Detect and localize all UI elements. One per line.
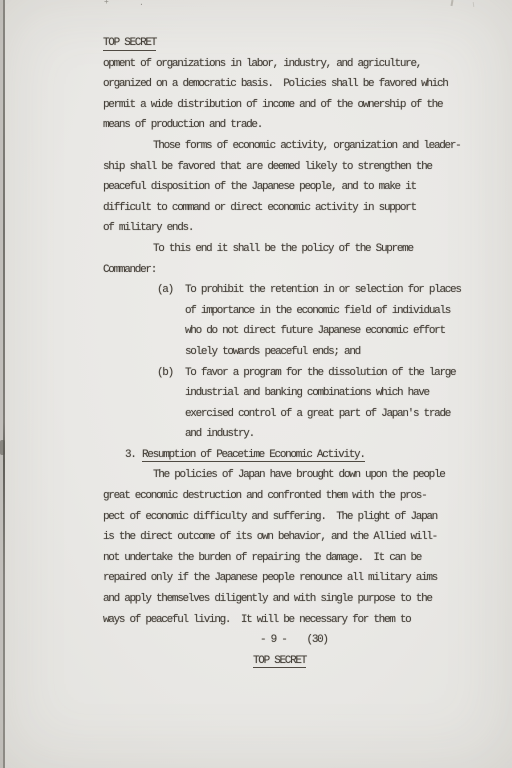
smudge-mark: [450, 0, 453, 6]
classification-header-text: TOP SECRET: [103, 37, 156, 51]
smudge-mark: [473, 2, 475, 7]
document-line: of importance in the economic field of i…: [103, 301, 475, 322]
list-marker-a: (a): [157, 280, 185, 301]
section-number: 3.: [125, 445, 142, 466]
section-heading: 3.Resumption of Peacetime Economic Activ…: [103, 445, 475, 466]
footer-page-line: - 9 -(30): [103, 630, 475, 651]
document-line: pect of economic difficulty and sufferin…: [103, 507, 475, 528]
document-line: difficult to command or direct economic …: [103, 198, 475, 219]
list-item-a: (a)To prohibit the retention in or selec…: [103, 280, 475, 301]
document-line: ways of peaceful living. It will be nece…: [103, 610, 475, 631]
document-line: opment of organizations in labor, indust…: [103, 54, 475, 75]
document-line: Those forms of economic activity, organi…: [103, 136, 475, 157]
document-line: solely towards peaceful ends; and: [103, 342, 475, 363]
document-line: repaired only if the Japanese people ren…: [103, 568, 475, 589]
document-line: peaceful disposition of the Japanese peo…: [103, 177, 475, 198]
document-line: of military ends.: [103, 218, 475, 239]
classification-footer-text: TOP SECRET: [253, 655, 306, 669]
pencil-mark: .: [139, 0, 144, 8]
document-line: means of production and trade.: [103, 115, 475, 136]
document-text: TOP SECRET opment of organizations in la…: [103, 33, 475, 671]
document-line: industrial and banking combinations whic…: [103, 383, 475, 404]
document-line: is the direct outcome of its own behavio…: [103, 527, 475, 548]
list-item-b: (b)To favor a program for the dissolutio…: [103, 363, 475, 384]
scan-edge-dark: [3, 0, 5, 768]
document-line: and industry.: [103, 424, 475, 445]
document-line: ship shall be favored that are deemed li…: [103, 157, 475, 178]
list-item-text: To favor a program for the dissolution o…: [185, 367, 455, 379]
document-line: Commander:: [103, 260, 475, 281]
list-item-text: To prohibit the retention in or selectio…: [185, 284, 461, 296]
document-line: organized on a democratic basis. Policie…: [103, 74, 475, 95]
section-title: Resumption of Peacetime Economic Activit…: [142, 449, 365, 463]
scanned-document-page: + . TOP SECRET opment of organizations i…: [0, 0, 512, 768]
document-line: exercised control of a great part of Jap…: [103, 404, 475, 425]
list-marker-b: (b): [157, 363, 185, 384]
document-line: and apply themselves diligently and with…: [103, 589, 475, 610]
page-number: - 9 -: [260, 634, 287, 646]
pencil-mark: +: [104, 0, 109, 7]
document-line: To this end it shall be the policy of th…: [103, 239, 475, 260]
document-line: not undertake the burden of repairing th…: [103, 548, 475, 569]
scan-edge-smudge: [0, 440, 5, 455]
classification-header: TOP SECRET: [103, 33, 475, 54]
classification-footer: TOP SECRET: [103, 651, 475, 672]
document-line: great economic destruction and confronte…: [103, 486, 475, 507]
document-line: The policies of Japan have brought down …: [103, 465, 475, 486]
document-line: permit a wide distribution of income and…: [103, 95, 475, 116]
document-line: who do not direct future Japanese econom…: [103, 321, 475, 342]
copy-number: (30): [307, 634, 328, 646]
